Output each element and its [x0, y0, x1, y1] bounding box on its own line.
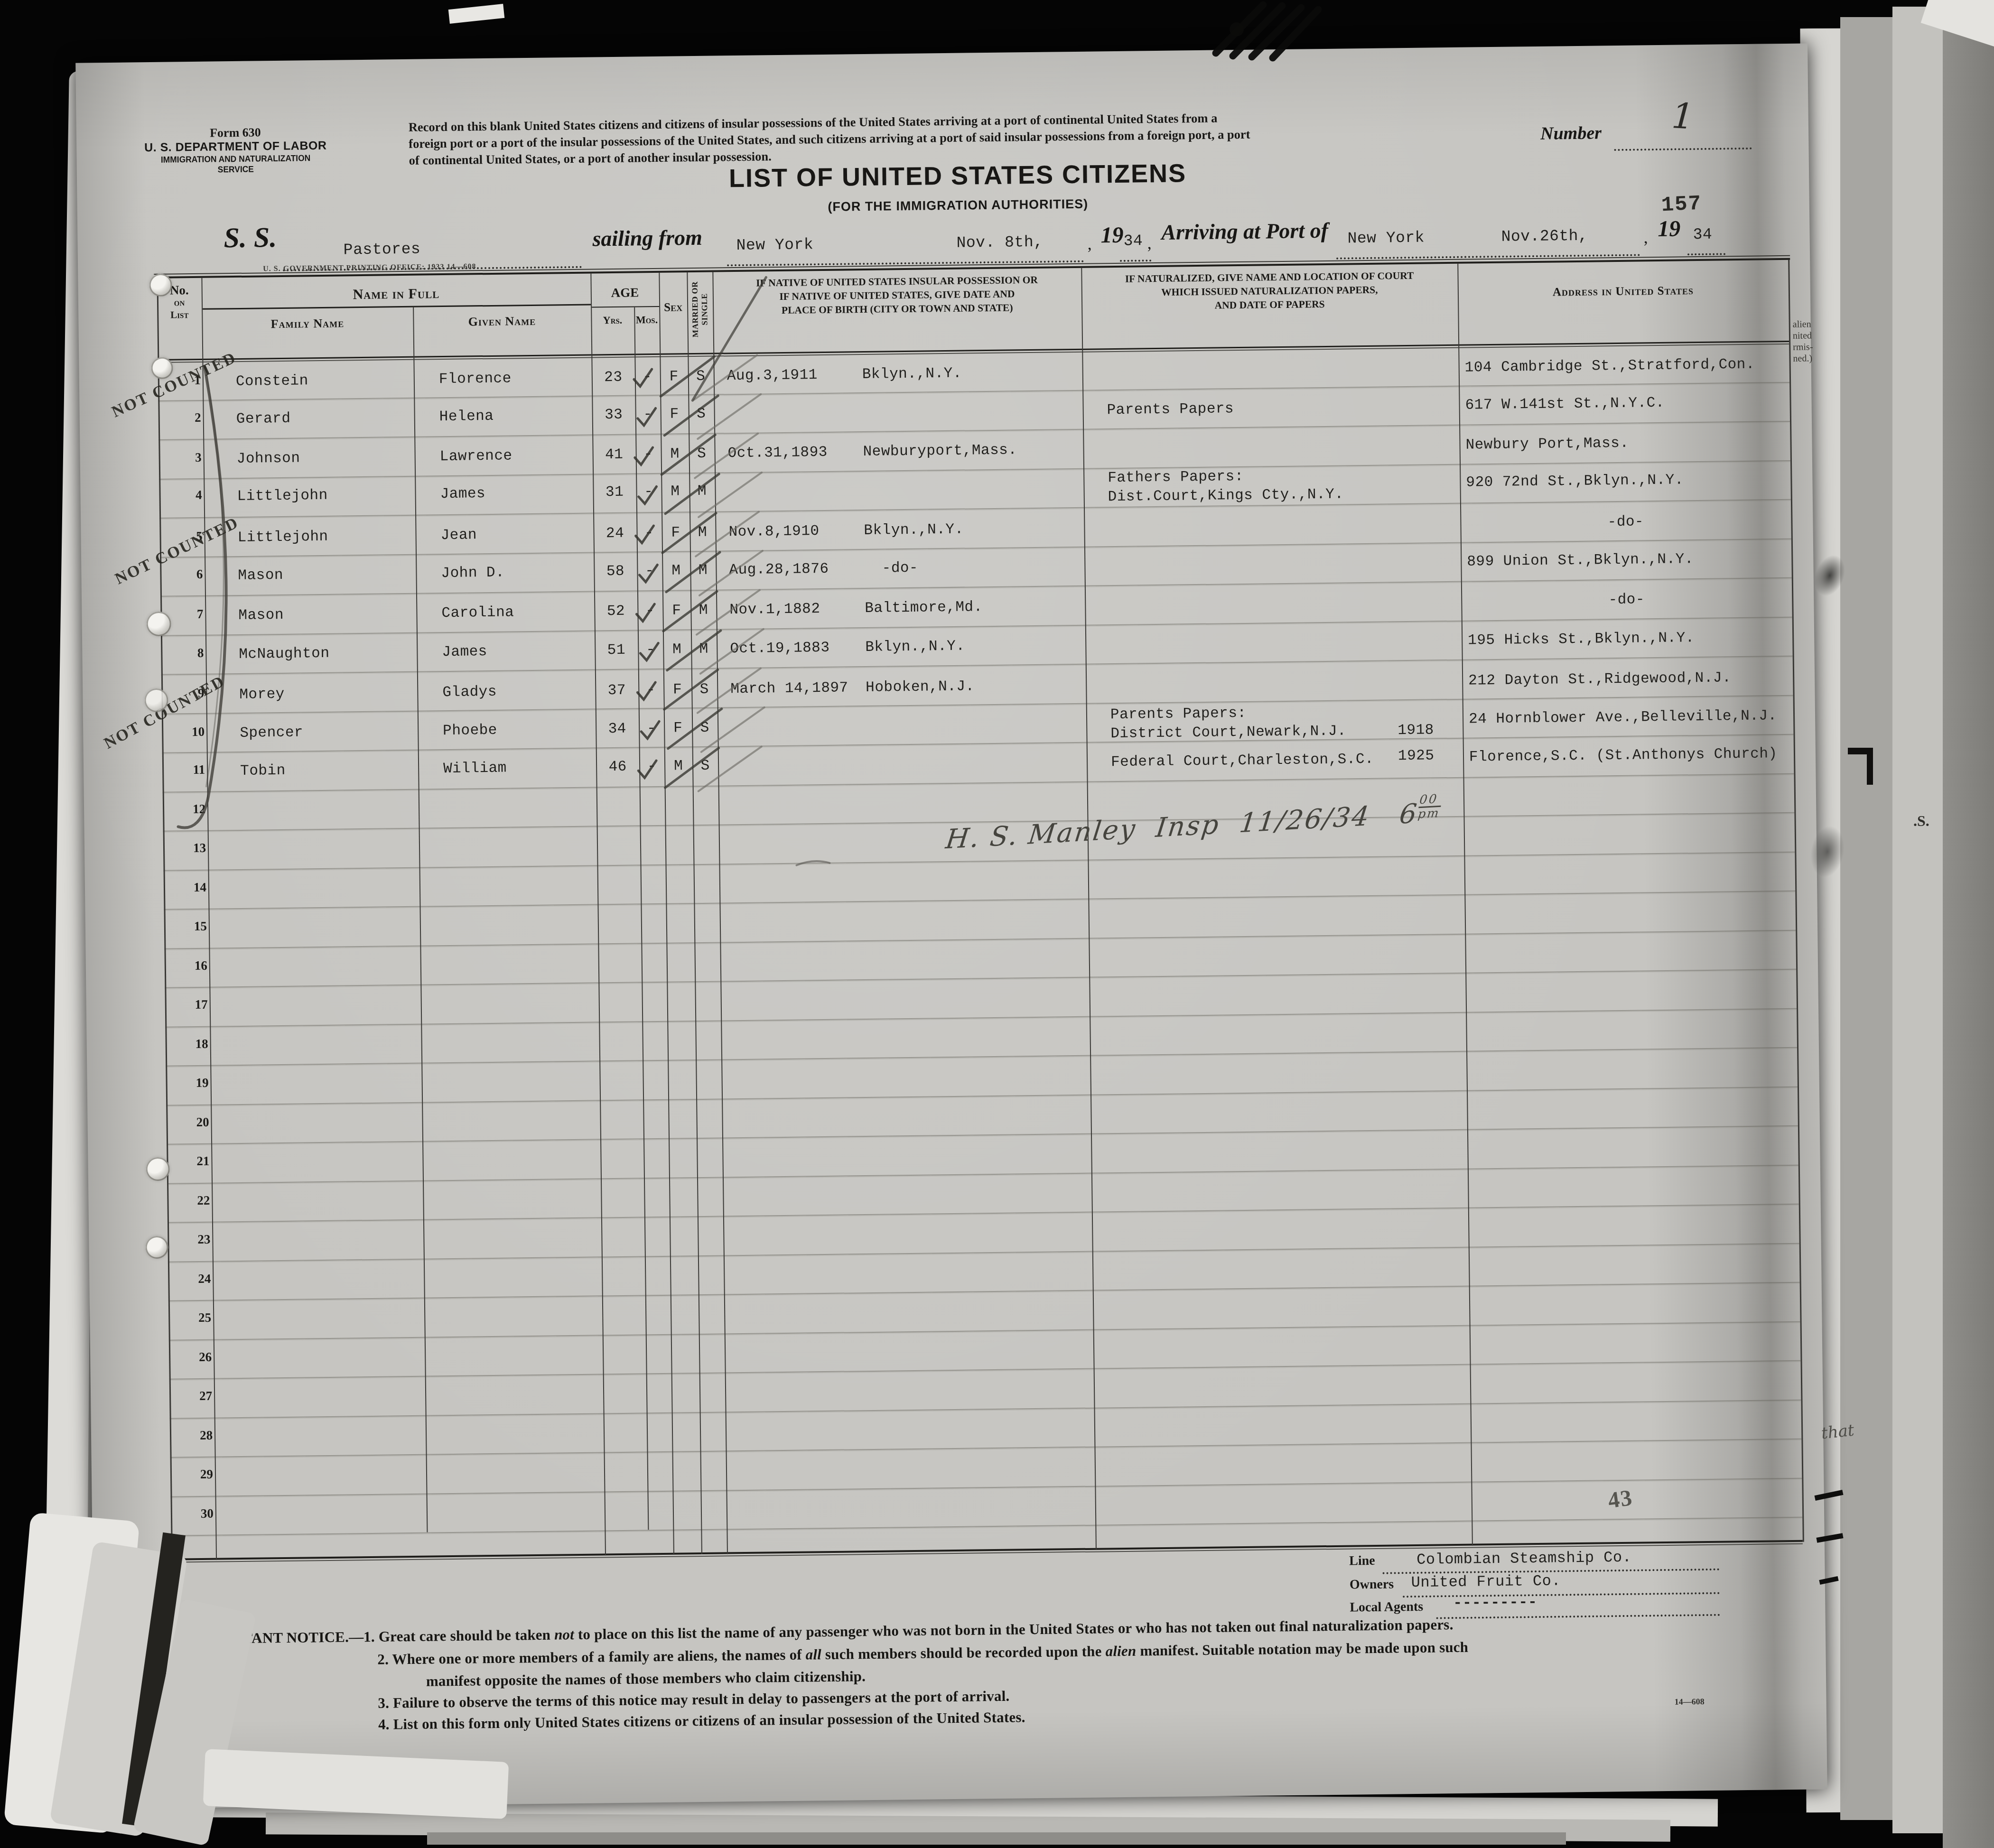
manifest-page: Form 630 U. S. DEPARTMENT OF LABOR IMMIG… [75, 43, 1827, 1809]
signature-meridiem: pm [1417, 807, 1441, 820]
line-value: Colombian Steamship Co. [1416, 1549, 1632, 1569]
signature-time-fraction: 00pm [1417, 793, 1442, 820]
paper-corner-sliver [448, 4, 505, 24]
paper-stack-right [1840, 17, 1896, 1820]
local-agents-label: Local Agents [1350, 1599, 1423, 1616]
punch-hole [145, 1236, 168, 1259]
pen-stroke [638, 409, 656, 426]
pen-stroke [635, 447, 653, 464]
punch-hole [146, 1157, 170, 1181]
pen-stroke [698, 473, 762, 517]
pen-stroke [634, 369, 652, 386]
pen-stroke [697, 394, 761, 439]
signature-title: Insp [1154, 809, 1221, 844]
pen-scribble [1205, 0, 1357, 66]
pen-stroke [693, 355, 757, 400]
print-code: 14—608 [1675, 1697, 1705, 1707]
bracket-mark [1867, 748, 1873, 785]
punch-hole [149, 274, 172, 297]
line-label: Line [1349, 1553, 1375, 1569]
edge-letter-fragment: .S. [1913, 812, 1929, 830]
owners-label: Owners [1350, 1577, 1394, 1593]
pen-stroke [638, 761, 656, 778]
pen-stroke [700, 629, 764, 674]
paper-stack-right [1943, 0, 1994, 1848]
fragment-line: rmis- [1793, 341, 1817, 353]
pen-stroke [641, 721, 659, 738]
pen-stroke [796, 861, 829, 865]
edge-handwriting: that [1820, 1421, 1855, 1443]
pen-stroke [695, 512, 759, 557]
signature-name: H. S. Manley [944, 814, 1138, 855]
paper-stack-bottom [427, 1832, 1566, 1845]
pen-stroke [635, 526, 653, 543]
signature-hour: 6 [1398, 798, 1420, 830]
owners-value: United Fruit Co. [1411, 1572, 1561, 1592]
punch-hole [151, 357, 173, 380]
scanned-document-scene: Form 630 U. S. DEPARTMENT OF LABOR IMMIG… [0, 0, 1994, 1848]
pen-marks-overlay [75, 43, 1827, 1809]
pen-stroke [638, 486, 656, 503]
signature-date: 11/26/34 [1238, 801, 1372, 839]
underlying-text-fragment: alien nited rmis- ned.) [1793, 318, 1817, 364]
pen-stroke [691, 277, 767, 400]
fragment-line: ned.) [1793, 353, 1817, 364]
pen-stroke [699, 551, 763, 595]
pen-stroke [173, 367, 229, 827]
pen-stroke [202, 375, 226, 786]
pen-stroke [696, 590, 760, 635]
pen-stroke [640, 643, 658, 660]
pen-stroke [698, 747, 762, 791]
pen-stroke [639, 565, 657, 582]
pen-stroke [694, 434, 758, 478]
page-count-stamp: 43 [1606, 1485, 1634, 1514]
paper-stack-right [1892, 7, 1946, 1833]
pen-stroke [701, 707, 765, 752]
fragment-line: alien [1793, 318, 1817, 330]
pen-stroke [697, 669, 761, 713]
pen-stroke [637, 682, 655, 699]
local-agents-value: --------- [1453, 1593, 1537, 1612]
fragment-line: nited [1793, 330, 1817, 342]
pen-stroke [636, 604, 654, 621]
